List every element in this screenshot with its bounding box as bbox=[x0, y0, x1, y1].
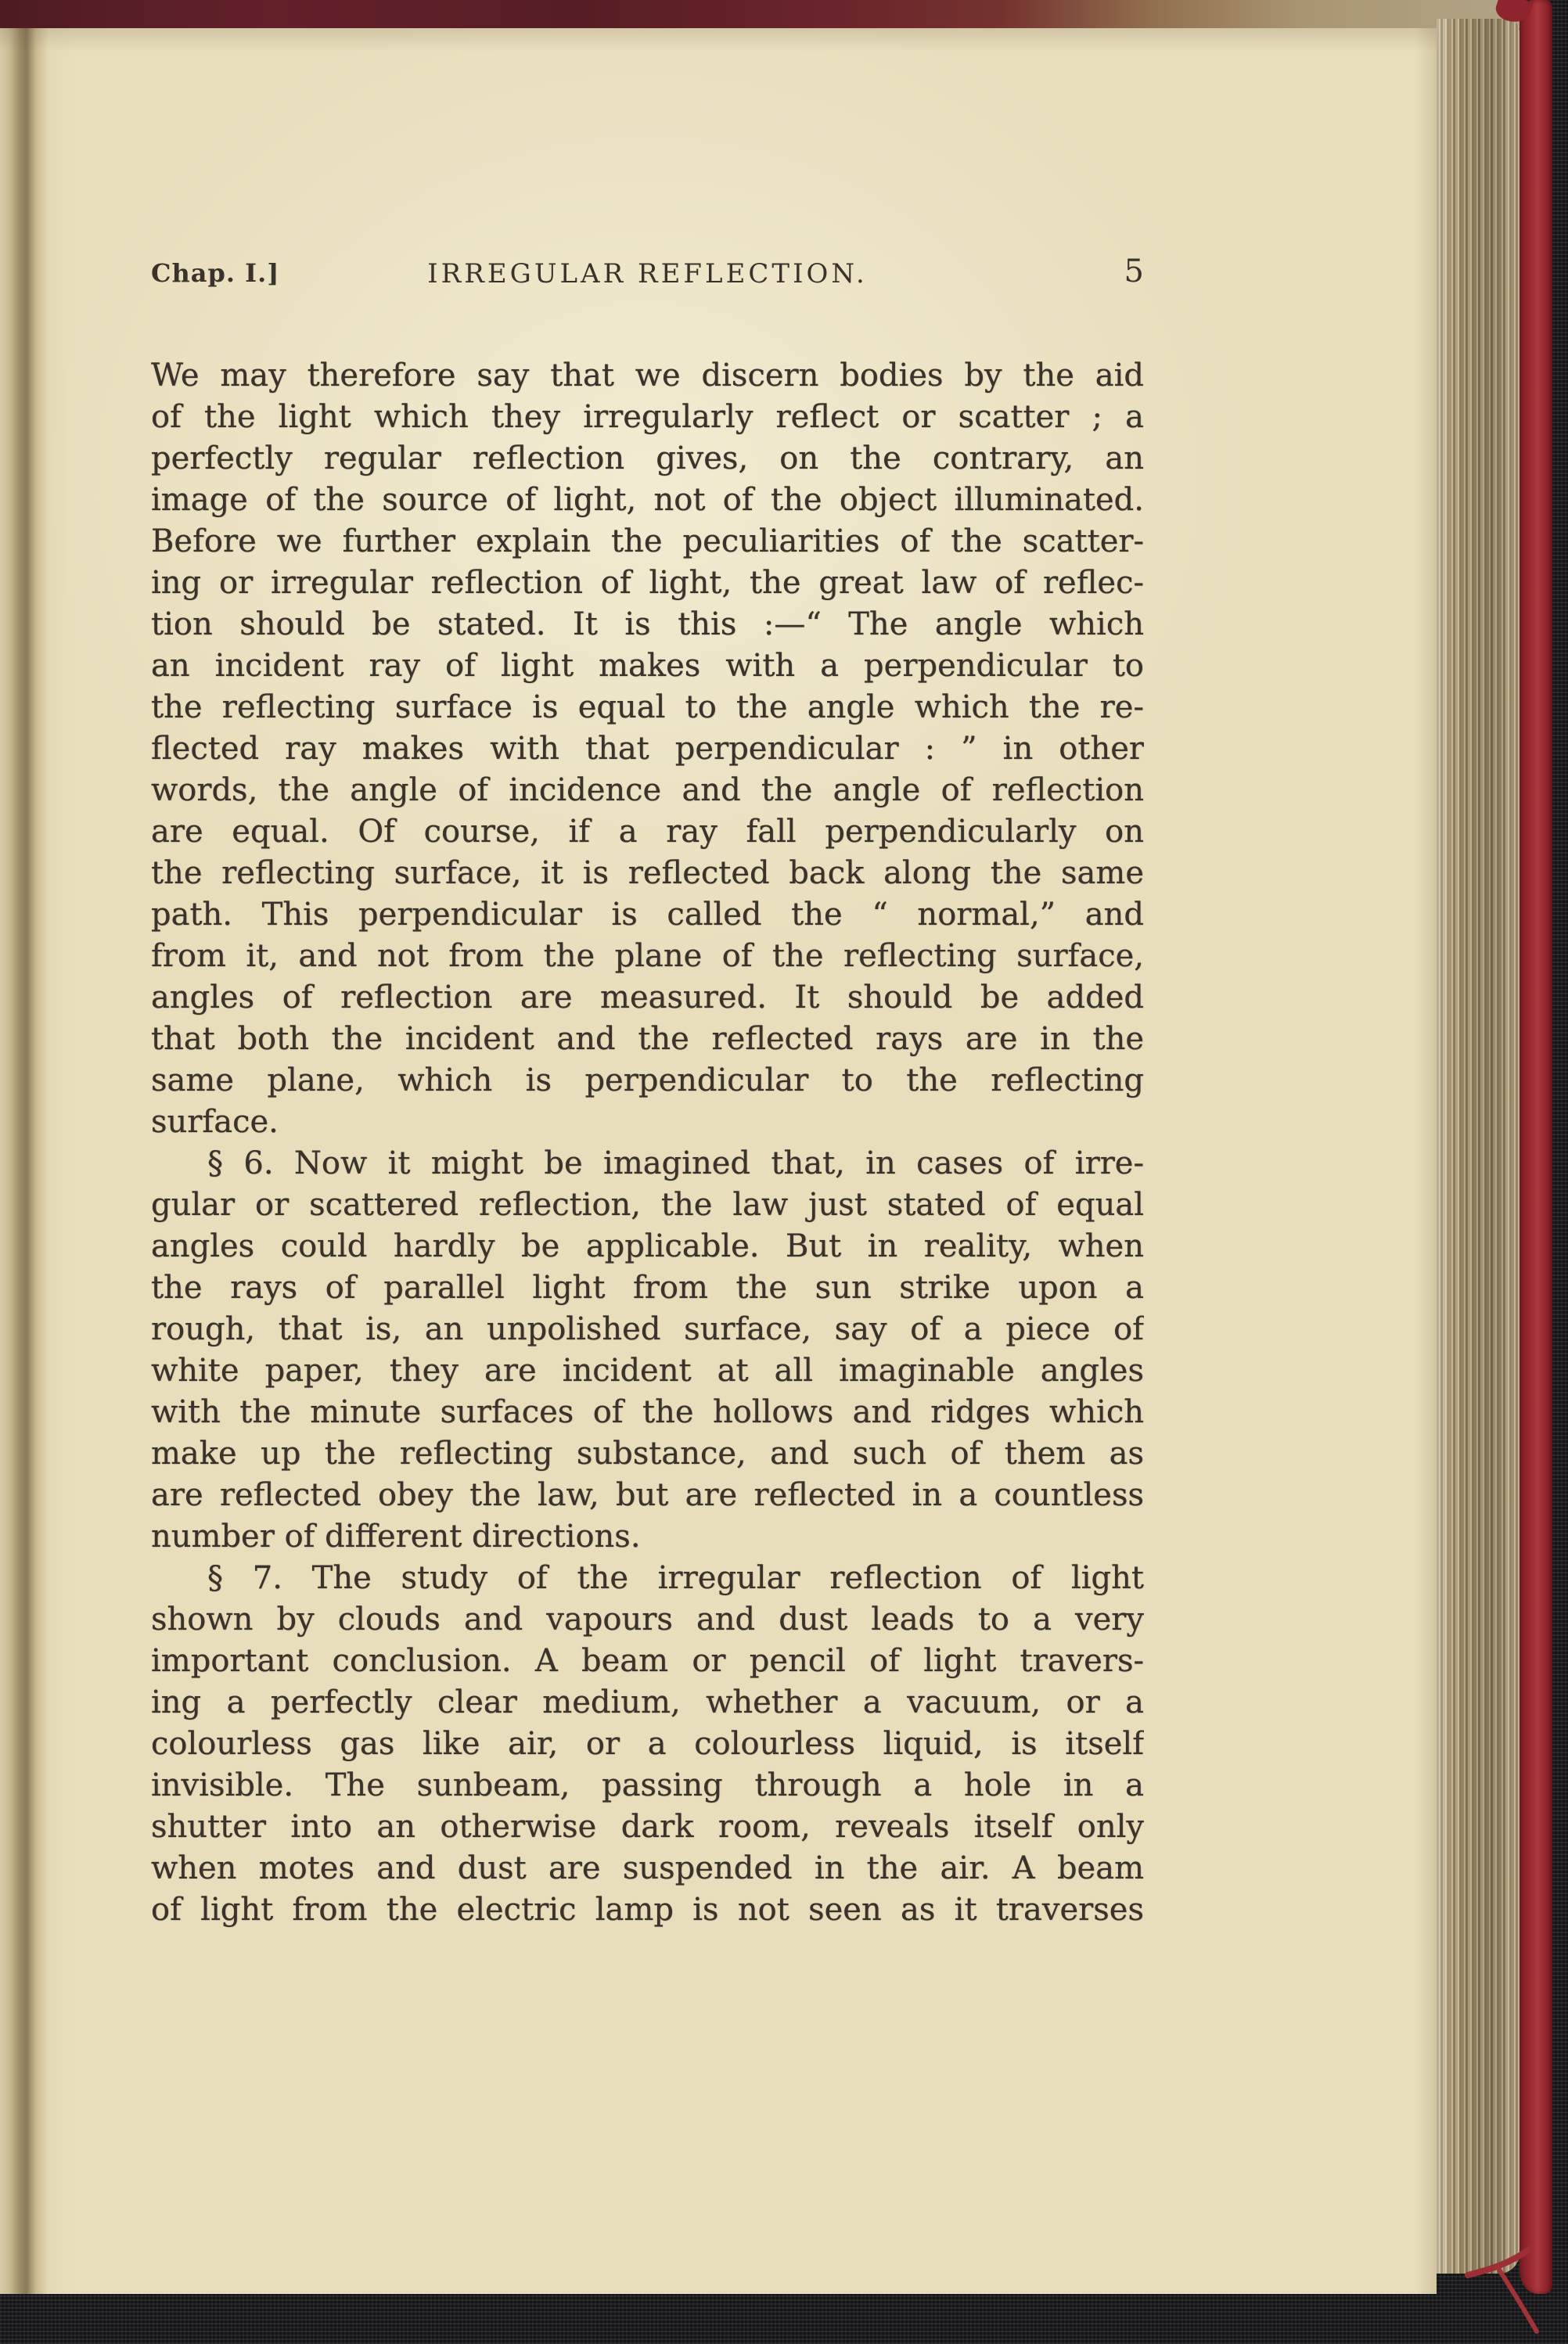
body-line: make up the reflecting substance, and su… bbox=[151, 1433, 1144, 1475]
body-line: § 6. Now it might be imagined that, in c… bbox=[151, 1143, 1144, 1185]
body-line: white paper, they are incident at all im… bbox=[151, 1350, 1144, 1392]
body-line: important conclusion. A beam or pencil o… bbox=[151, 1641, 1144, 1682]
page-number: 5 bbox=[1124, 253, 1144, 289]
body-line: are equal. Of course, if a ray fall perp… bbox=[151, 811, 1144, 853]
body-line: shutter into an otherwise dark room, rev… bbox=[151, 1807, 1144, 1848]
body-line: the reflecting surface is equal to the a… bbox=[151, 687, 1144, 728]
body-line: when motes and dust are suspended in the… bbox=[151, 1848, 1144, 1889]
book-cover-right-edge bbox=[1519, 0, 1552, 2294]
body-line: invisible. The sunbeam, passing through … bbox=[151, 1765, 1144, 1807]
binding-thread bbox=[1437, 2244, 1563, 2339]
body-line: angles could hardly be applicable. But i… bbox=[151, 1226, 1144, 1267]
body-line: from it, and not from the plane of the r… bbox=[151, 936, 1144, 977]
body-line: colourless gas like air, or a colourless… bbox=[151, 1724, 1144, 1765]
body-line: flected ray makes with that perpendicula… bbox=[151, 728, 1144, 770]
body-line: rough, that is, an unpolished surface, s… bbox=[151, 1309, 1144, 1350]
body-line: We may therefore say that we discern bod… bbox=[151, 355, 1144, 397]
body-line: image of the source of light, not of the… bbox=[151, 480, 1144, 521]
body-line: Before we further explain the peculiarit… bbox=[151, 521, 1144, 563]
body-line: § 7. The study of the irregular reflecti… bbox=[151, 1558, 1144, 1599]
chapter-label: Chap. I.] bbox=[151, 258, 279, 288]
book-cover-top-edge bbox=[0, 0, 1519, 28]
body-line: same plane, which is perpendicular to th… bbox=[151, 1060, 1144, 1102]
printed-text-area: Chap. I.] IRREGULAR REFLECTION. 5 We may… bbox=[151, 253, 1144, 1931]
body-line: the rays of parallel light from the sun … bbox=[151, 1267, 1144, 1309]
body-line: the reflecting surface, it is reflected … bbox=[151, 853, 1144, 894]
body-line: number of different directions. bbox=[151, 1516, 1144, 1558]
body-line: path. This perpendicular is called the “… bbox=[151, 894, 1144, 936]
body-line: words, the angle of incidence and the an… bbox=[151, 770, 1144, 811]
page-stack-fore-edge bbox=[1437, 19, 1519, 2274]
body-line: ing or irregular reflection of light, th… bbox=[151, 563, 1144, 604]
body-line: ing a perfectly clear medium, whether a … bbox=[151, 1682, 1144, 1724]
body-line: surface. bbox=[151, 1102, 1144, 1143]
page-body: We may therefore say that we discern bod… bbox=[151, 355, 1144, 1931]
book-scan: Chap. I.] IRREGULAR REFLECTION. 5 We may… bbox=[0, 0, 1568, 2344]
body-line: of light from the electric lamp is not s… bbox=[151, 1889, 1144, 1931]
body-line: are reflected obey the law, but are refl… bbox=[151, 1475, 1144, 1516]
body-line: shown by clouds and vapours and dust lea… bbox=[151, 1599, 1144, 1641]
body-line: tion should be stated. It is this :—“ Th… bbox=[151, 604, 1144, 645]
body-line: of the light which they irregularly refl… bbox=[151, 397, 1144, 438]
body-line: gular or scattered reflection, the law j… bbox=[151, 1185, 1144, 1226]
body-line: with the minute surfaces of the hollows … bbox=[151, 1392, 1144, 1433]
page-header: Chap. I.] IRREGULAR REFLECTION. 5 bbox=[151, 253, 1144, 294]
body-line: angles of reflection are measured. It sh… bbox=[151, 977, 1144, 1019]
body-line: that both the incident and the reflected… bbox=[151, 1019, 1144, 1060]
body-line: an incident ray of light makes with a pe… bbox=[151, 645, 1144, 687]
running-title: IRREGULAR REFLECTION. bbox=[427, 258, 868, 289]
body-line: perfectly regular reflection gives, on t… bbox=[151, 438, 1144, 480]
book-page: Chap. I.] IRREGULAR REFLECTION. 5 We may… bbox=[0, 28, 1437, 2294]
